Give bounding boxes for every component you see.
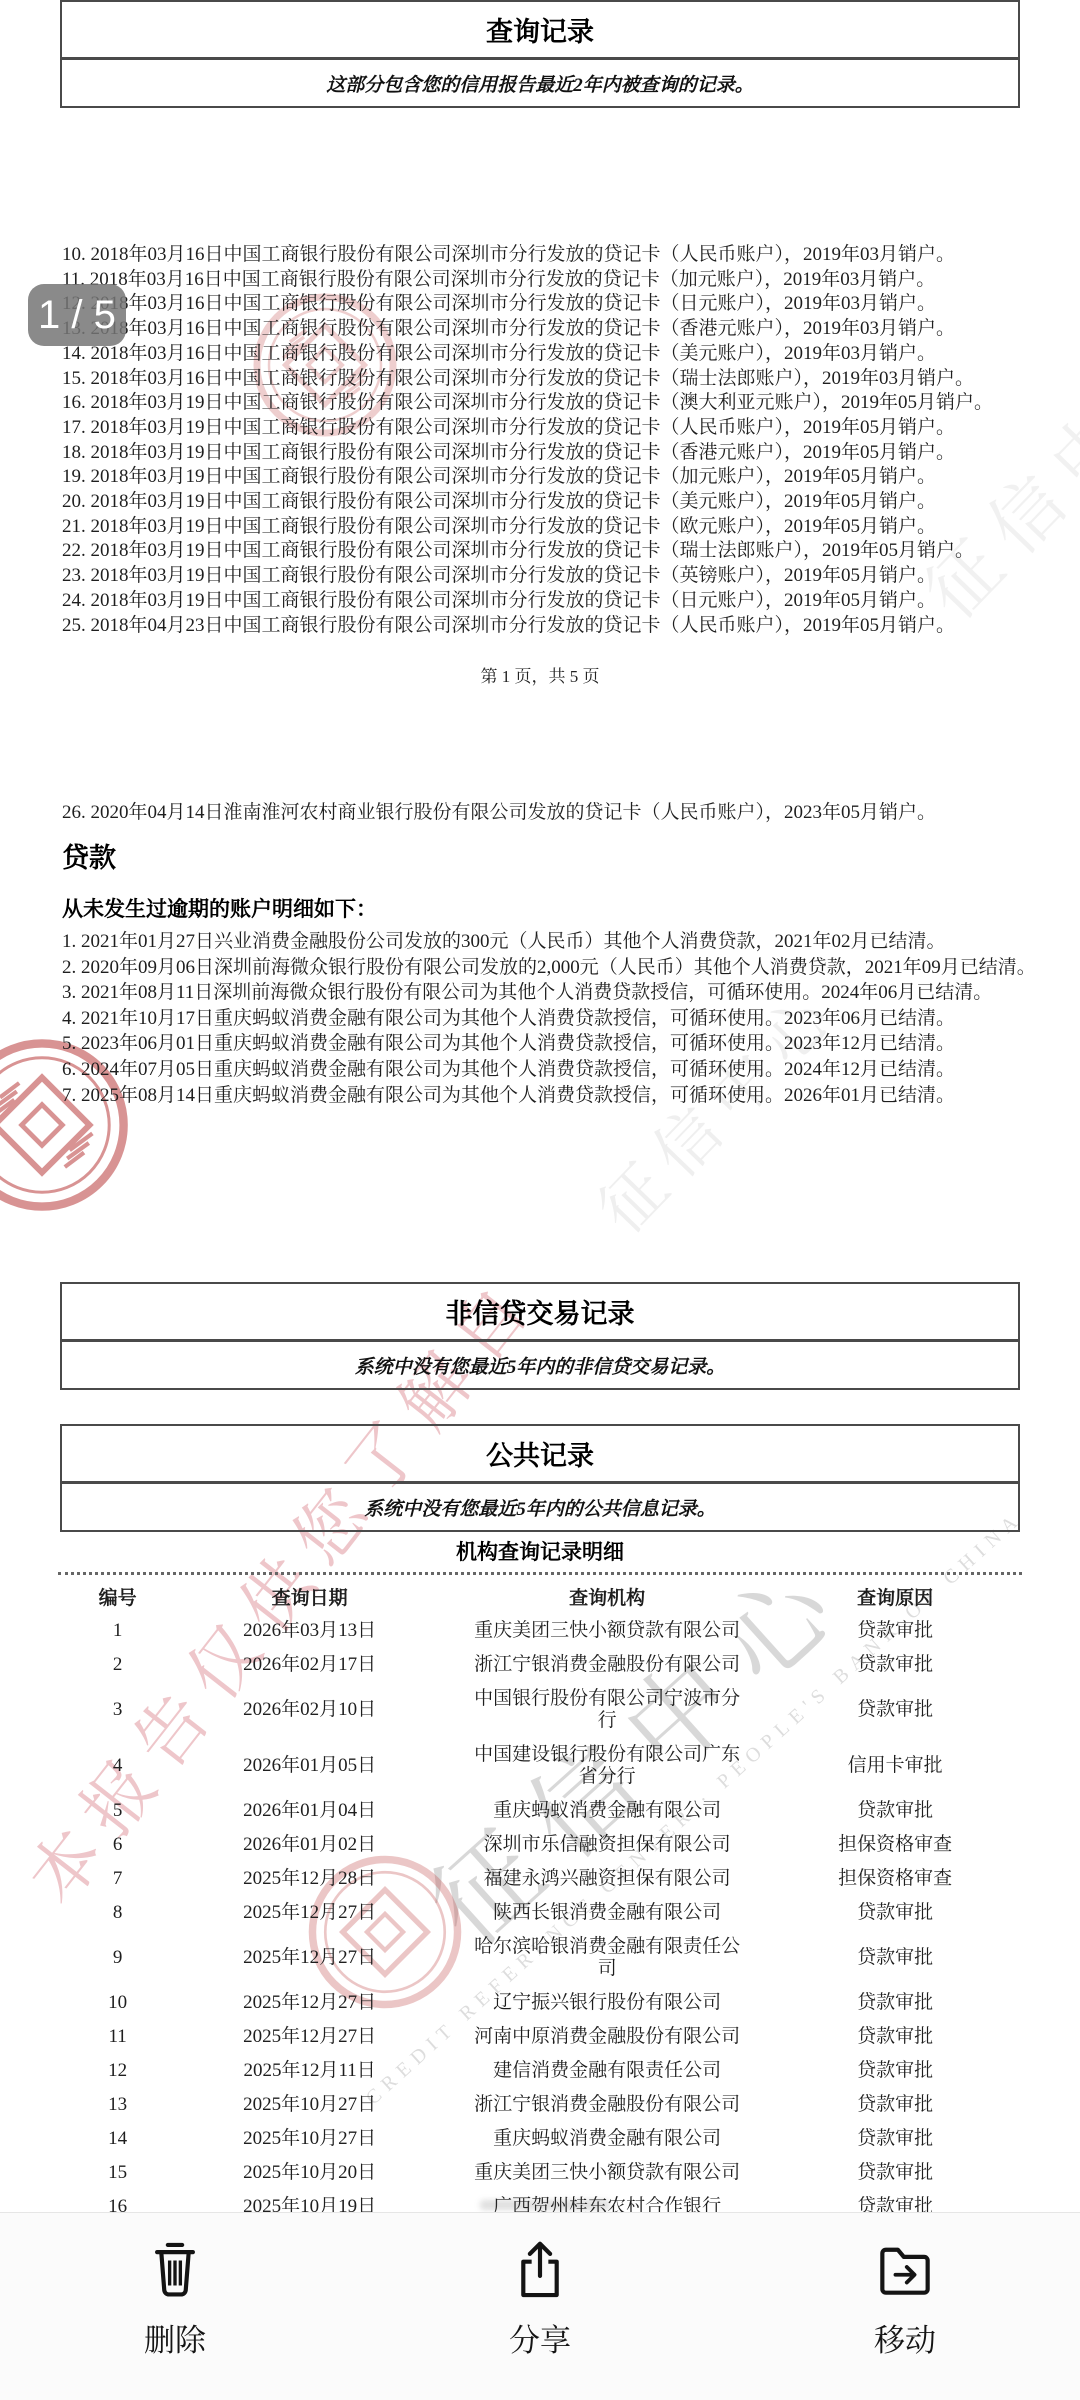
table-row: 5 2026年01月04日 重庆蚂蚁消费金融有限公司 贷款审批 (60, 1794, 1020, 1828)
cell-org: 河南中原消费金融股份有限公司 (444, 2020, 770, 2054)
move-label: 移动 (874, 2315, 936, 2360)
section-box: 非信贷交易记录 系统中没有您最近5年内的非信贷交易记录。 (60, 1282, 1020, 1390)
cell-date: 2025年12月28日 (175, 1862, 444, 1896)
dotted-divider (58, 1572, 1022, 1575)
cell-org: 哈尔滨哈银消费金融有限责任公司 (444, 1930, 770, 1986)
section-box: 公共记录 系统中没有您最近5年内的公共信息记录。 (60, 1424, 1020, 1532)
table-row: 3 2026年02月10日 中国银行股份有限公司宁波市分行 贷款审批 (60, 1682, 1020, 1738)
cell-no: 16 (60, 2190, 175, 2212)
move-button[interactable]: 移动 (795, 2239, 1015, 2360)
cell-date: 2025年12月27日 (175, 2020, 444, 2054)
cell-reason: 贷款审批 (770, 1794, 1020, 1828)
card-record-line: 19. 2018年03月19日中国工商银行股份有限公司深圳市分行发放的贷记卡（加… (62, 465, 1032, 490)
card-record-list: 10. 2018年03月16日中国工商银行股份有限公司深圳市分行发放的贷记卡（人… (62, 243, 1032, 638)
cell-reason: 贷款审批 (770, 2156, 1020, 2190)
share-button[interactable]: 分享 (430, 2239, 650, 2360)
card-record-line: 12. 2018年03月16日中国工商银行股份有限公司深圳市分行发放的贷记卡（日… (62, 292, 1032, 317)
col-header-no: 编号 (60, 1582, 175, 1616)
cell-org: 重庆蚂蚁消费金融有限公司 (444, 1794, 770, 1828)
screen: 中国联通 HD 中国电信 HD 4G ↑↓ 4G ↑↓ (0, 0, 1080, 2400)
card-record-line: 13. 2018年03月16日中国工商银行股份有限公司深圳市分行发放的贷记卡（香… (62, 317, 1032, 342)
document-page[interactable]: 征信中心 征信中心 本报告仅供您了解自 征信中心 CREDIT REFERENC… (0, 0, 1080, 2212)
card-record-line: 21. 2018年03月19日中国工商银行股份有限公司深圳市分行发放的贷记卡（欧… (62, 515, 1032, 540)
cell-reason: 贷款审批 (770, 1648, 1020, 1682)
cell-no: 10 (60, 1986, 175, 2020)
cell-reason: 贷款审批 (770, 1896, 1020, 1930)
cell-reason: 贷款审批 (770, 2020, 1020, 2054)
table-row: 7 2025年12月28日 福建永鸿兴融资担保有限公司 担保资格审查 (60, 1862, 1020, 1896)
cell-date: 2025年10月20日 (175, 2156, 444, 2190)
card-record-line: 20. 2018年03月19日中国工商银行股份有限公司深圳市分行发放的贷记卡（美… (62, 490, 1032, 515)
table-row: 8 2025年12月27日 陕西长银消费金融有限公司 贷款审批 (60, 1896, 1020, 1930)
cell-date: 2026年01月04日 (175, 1794, 444, 1828)
card-record-line: 10. 2018年03月16日中国工商银行股份有限公司深圳市分行发放的贷记卡（人… (62, 243, 1032, 268)
cell-org: 浙江宁银消费金融股份有限公司 (444, 1648, 770, 1682)
cell-no: 5 (60, 1794, 175, 1828)
table-row: 12 2025年12月11日 建信消费金融有限责任公司 贷款审批 (60, 2054, 1020, 2088)
cell-date: 2026年03月13日 (175, 1614, 444, 1648)
cell-org: 浙江宁银消费金融股份有限公司 (444, 2088, 770, 2122)
card-record-line: 16. 2018年03月19日中国工商银行股份有限公司深圳市分行发放的贷记卡（澳… (62, 391, 1032, 416)
table-row: 4 2026年01月05日 中国建设银行股份有限公司广东省分行 信用卡审批 (60, 1738, 1020, 1794)
card-record-line: 26. 2020年04月14日淮南淮河农村商业银行股份有限公司发放的贷记卡（人民… (62, 797, 1042, 824)
cell-date: 2026年02月17日 (175, 1648, 444, 1682)
bottom-toolbar: 删除 分享 移动 (0, 2212, 1080, 2400)
inquiry-table-header: 编号 查询日期 查询机构 查询原因 (60, 1582, 1020, 1616)
loans-section-subtitle: 从未发生过逾期的账户明细如下： (62, 893, 377, 923)
table-row: 13 2025年10月27日 浙江宁银消费金融股份有限公司 贷款审批 (60, 2088, 1020, 2122)
cell-no: 3 (60, 1693, 175, 1727)
card-record-line: 17. 2018年03月19日中国工商银行股份有限公司深圳市分行发放的贷记卡（人… (62, 416, 1032, 441)
loans-section-title: 贷款 (62, 836, 116, 875)
cell-org: 重庆美团三快小额贷款有限公司 (444, 2156, 770, 2190)
page-indicator-badge: 1 / 5 (28, 284, 126, 346)
cell-reason: 担保资格审查 (770, 1828, 1020, 1862)
cell-reason: 贷款审批 (770, 1986, 1020, 2020)
loan-record-line: 4. 2021年10月17日重庆蚂蚁消费金融有限公司为其他个人消费贷款授信，可循… (62, 1006, 1047, 1032)
card-record-line: 15. 2018年03月16日中国工商银行股份有限公司深圳市分行发放的贷记卡（瑞… (62, 367, 1032, 392)
table-row: 14 2025年10月27日 重庆蚂蚁消费金融有限公司 贷款审批 (60, 2122, 1020, 2156)
card-record-line: 11. 2018年03月16日中国工商银行股份有限公司深圳市分行发放的贷记卡（加… (62, 268, 1032, 293)
cell-date: 2025年10月27日 (175, 2122, 444, 2156)
table-row: 6 2026年01月02日 深圳市乐信融资担保有限公司 担保资格审查 (60, 1828, 1020, 1862)
loan-record-line: 6. 2024年07月05日重庆蚂蚁消费金融有限公司为其他个人消费贷款授信，可循… (62, 1057, 1047, 1083)
cell-reason: 贷款审批 (770, 2088, 1020, 2122)
cell-no: 11 (60, 2020, 175, 2054)
col-header-date: 查询日期 (175, 1582, 444, 1616)
cell-org: 中国银行股份有限公司宁波市分行 (444, 1682, 770, 1738)
cell-org: 福建永鸿兴融资担保有限公司 (444, 1862, 770, 1896)
cell-no: 8 (60, 1896, 175, 1930)
cell-date: 2025年12月27日 (175, 1896, 444, 1930)
cell-reason: 信用卡审批 (770, 1749, 1020, 1783)
cell-no: 12 (60, 2054, 175, 2088)
loan-record-line: 3. 2021年08月11日深圳前海微众银行股份有限公司为其他个人消费贷款授信，… (62, 980, 1047, 1006)
trash-icon (146, 2239, 204, 2301)
section-title: 公共记录 (62, 1426, 1018, 1484)
cell-no: 15 (60, 2156, 175, 2190)
table-row: 1 2026年03月13日 重庆美团三快小额贷款有限公司 贷款审批 (60, 1614, 1020, 1648)
cell-reason: 贷款审批 (770, 2122, 1020, 2156)
cell-no: 6 (60, 1828, 175, 1862)
card-record-line: 22. 2018年03月19日中国工商银行股份有限公司深圳市分行发放的贷记卡（瑞… (62, 539, 1032, 564)
delete-label: 删除 (144, 2315, 206, 2360)
card-record-line: 18. 2018年03月19日中国工商银行股份有限公司深圳市分行发放的贷记卡（香… (62, 441, 1032, 466)
cell-org: 重庆美团三快小额贷款有限公司 (444, 1614, 770, 1648)
cell-no: 2 (60, 1648, 175, 1682)
cell-reason: 贷款审批 (770, 2054, 1020, 2088)
next-page-preview (480, 2200, 610, 2210)
cell-no: 9 (60, 1941, 175, 1975)
section-title: 查询记录 (62, 2, 1018, 60)
section-body: 系统中没有您最近5年内的公共信息记录。 (62, 1484, 1018, 1530)
cell-org: 深圳市乐信融资担保有限公司 (444, 1828, 770, 1862)
cell-org: 辽宁振兴银行股份有限公司 (444, 1986, 770, 2020)
cell-date: 2026年01月05日 (175, 1749, 444, 1783)
loan-record-line: 1. 2021年01月27日兴业消费金融股份公司发放的300元（人民币）其他个人… (62, 929, 1047, 955)
cell-date: 2025年10月27日 (175, 2088, 444, 2122)
cell-no: 7 (60, 1862, 175, 1896)
col-header-reason: 查询原因 (770, 1582, 1020, 1616)
cell-org: 陕西长银消费金融有限公司 (444, 1896, 770, 1930)
card-record-line: 24. 2018年03月19日中国工商银行股份有限公司深圳市分行发放的贷记卡（日… (62, 589, 1032, 614)
cell-reason: 贷款审批 (770, 1941, 1020, 1975)
cell-reason: 贷款审批 (770, 1693, 1020, 1727)
page-footer: 第 1 页，共 5 页 (0, 662, 1080, 687)
cell-org: 建信消费金融有限责任公司 (444, 2054, 770, 2088)
section-body: 系统中没有您最近5年内的非信贷交易记录。 (62, 1342, 1018, 1388)
cell-date: 2025年10月19日 (175, 2190, 444, 2212)
loan-record-line: 5. 2023年06月01日重庆蚂蚁消费金融有限公司为其他个人消费贷款授信，可循… (62, 1031, 1047, 1057)
table-row: 2 2026年02月17日 浙江宁银消费金融股份有限公司 贷款审批 (60, 1648, 1020, 1682)
table-row: 15 2025年10月20日 重庆美团三快小额贷款有限公司 贷款审批 (60, 2156, 1020, 2190)
cell-reason: 贷款审批 (770, 2190, 1020, 2212)
section-box: 查询记录 这部分包含您的信用报告最近2年内被查询的记录。 (60, 0, 1020, 108)
section-title: 非信贷交易记录 (62, 1284, 1018, 1342)
move-to-folder-icon (876, 2239, 934, 2301)
share-icon (511, 2239, 569, 2301)
loan-record-list: 1. 2021年01月27日兴业消费金融股份公司发放的300元（人民币）其他个人… (62, 929, 1047, 1108)
card-record-line: 14. 2018年03月16日中国工商银行股份有限公司深圳市分行发放的贷记卡（美… (62, 342, 1032, 367)
table-row: 10 2025年12月27日 辽宁振兴银行股份有限公司 贷款审批 (60, 1986, 1020, 2020)
cell-no: 4 (60, 1749, 175, 1783)
table-row: 11 2025年12月27日 河南中原消费金融股份有限公司 贷款审批 (60, 2020, 1020, 2054)
cell-org: 中国建设银行股份有限公司广东省分行 (444, 1738, 770, 1794)
section-body: 这部分包含您的信用报告最近2年内被查询的记录。 (62, 60, 1018, 106)
inquiry-table-title: 机构查询记录明细 (0, 1536, 1080, 1566)
cell-org: 重庆蚂蚁消费金融有限公司 (444, 2122, 770, 2156)
cell-reason: 贷款审批 (770, 1614, 1020, 1648)
delete-button[interactable]: 删除 (65, 2239, 285, 2360)
share-label: 分享 (509, 2315, 571, 2360)
cell-date: 2026年02月10日 (175, 1693, 444, 1727)
loan-record-line: 7. 2025年08月14日重庆蚂蚁消费金融有限公司为其他个人消费贷款授信，可循… (62, 1083, 1047, 1109)
cell-no: 14 (60, 2122, 175, 2156)
table-row: 9 2025年12月27日 哈尔滨哈银消费金融有限责任公司 贷款审批 (60, 1930, 1020, 1986)
cell-reason: 担保资格审查 (770, 1862, 1020, 1896)
loan-record-line: 2. 2020年09月06日深圳前海微众银行股份有限公司发放的2,000元（人民… (62, 955, 1047, 981)
cell-date: 2026年01月02日 (175, 1828, 444, 1862)
cell-date: 2025年12月27日 (175, 1941, 444, 1975)
card-record-line: 23. 2018年03月19日中国工商银行股份有限公司深圳市分行发放的贷记卡（英… (62, 564, 1032, 589)
cell-no: 1 (60, 1614, 175, 1648)
col-header-org: 查询机构 (444, 1582, 770, 1616)
cell-date: 2025年12月27日 (175, 1986, 444, 2020)
card-record-line: 25. 2018年04月23日中国工商银行股份有限公司深圳市分行发放的贷记卡（人… (62, 614, 1032, 639)
inquiry-table-body: 1 2026年03月13日 重庆美团三快小额贷款有限公司 贷款审批 2 2026… (60, 1614, 1020, 2212)
cell-date: 2025年12月11日 (175, 2054, 444, 2088)
cell-no: 13 (60, 2088, 175, 2122)
